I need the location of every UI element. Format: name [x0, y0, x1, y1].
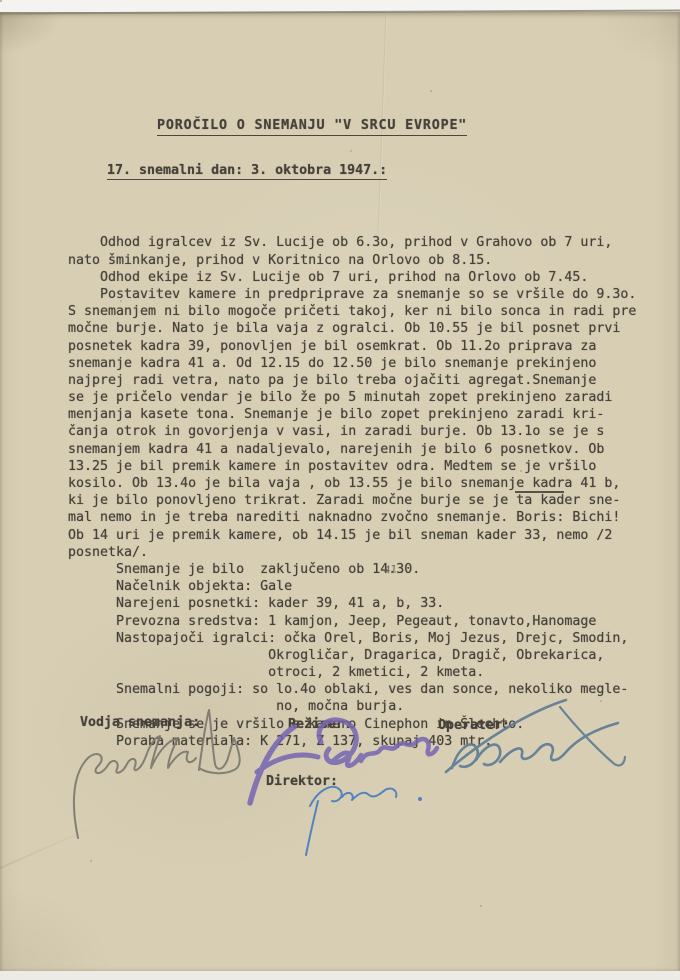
typed-line: Okrogličar, Dragarica, Dragič, Obrekaric…	[68, 647, 658, 664]
typed-line: posnetka/.	[68, 544, 658, 561]
typed-line: snemanjem kadra 41 a nadaljevalo, nareje…	[68, 441, 658, 458]
typed-line: Odhod ekipe iz Sv. Lucije ob 7 uri, prih…	[68, 269, 658, 286]
typed-line: Postavitev kamere in predpriprave za sne…	[68, 286, 658, 303]
typed-line: ki je bilo ponovljeno trikrat. Zaradi mo…	[68, 492, 658, 509]
label-producer: Direktor:	[266, 774, 338, 789]
paper-specks	[0, 0, 2, 2]
scanner-margin-bottom	[0, 971, 680, 980]
report-title: POROČILO O SNEMANJU "V SRCU EVROPE"	[157, 118, 467, 136]
typed-line: Ob 14 uri je premik kamere, ob 14.15 je …	[68, 527, 658, 544]
typed-line: S snemanjem ni bilo mogoče pričeti takoj…	[68, 303, 658, 320]
typed-line: no, močna burja.	[68, 698, 658, 715]
underline-boris	[515, 491, 564, 493]
typed-line: Narejeni posnetki: kader 39, 41 a, b, 33…	[68, 595, 658, 612]
handwritten-insertion: 41	[383, 563, 398, 577]
typed-line: Prevozna sredstva: 1 kamjon, Jeep, Pegea…	[68, 613, 658, 630]
typed-line: snemanje kadra 41 a. Od 12.15 do 12.50 j…	[68, 355, 658, 372]
typed-line: močne burje. Nato je bila vaja z ogralci…	[68, 320, 658, 337]
typed-line: posnetek kadra 39, ponovljen je bil osem…	[68, 338, 658, 355]
label-operator: Operater:	[438, 718, 510, 733]
label-production-leader: Vodja snemanja:	[80, 715, 200, 730]
typed-line: Snemanje je bilo zaključeno ob 14.30.	[68, 561, 658, 578]
typed-line: mal nemo in je treba narediti naknadno z…	[68, 509, 658, 526]
typed-line: 13.25 je bil premik kamere in postavitev…	[68, 458, 658, 475]
typed-line: kosilo. Ob 13.4o je bila vaja , ob 13.55…	[68, 475, 658, 492]
typed-line: čanja otrok in govorjenja v vasi, in zar…	[68, 423, 658, 440]
typed-line: nato šminkanje, prihod v Koritnico na Or…	[68, 252, 658, 269]
typed-line: Snemalni pogoji: so lo.4o oblaki, ves da…	[68, 681, 658, 698]
typed-line: Načelnik objekta: Gale	[68, 578, 658, 595]
typed-line: Poraba materiala: K 271, Z 137, skupaj 4…	[68, 733, 658, 750]
shooting-day-heading: 17. snemalni dan: 3. oktobra 1947.:	[107, 163, 387, 180]
typed-line: Nastopajoči igralci: očka Orel, Boris, M…	[68, 630, 658, 647]
label-director: Režiser:	[288, 717, 352, 732]
typed-line: najprej radi vetra, nato pa je bilo treb…	[68, 372, 658, 389]
typed-report-body: Odhod igralcev iz Sv. Lucije ob 6.3o, pr…	[68, 200, 658, 750]
typed-line: Odhod igralcev iz Sv. Lucije ob 6.3o, pr…	[68, 234, 658, 251]
typed-line: se je pričelo vendar je bilo že po 5 min…	[68, 389, 658, 406]
typed-line: menjanja kasete tona. Snemanje je bilo z…	[68, 406, 658, 423]
typed-line: otroci, 2 kmetici, 2 kmeta.	[68, 664, 658, 681]
